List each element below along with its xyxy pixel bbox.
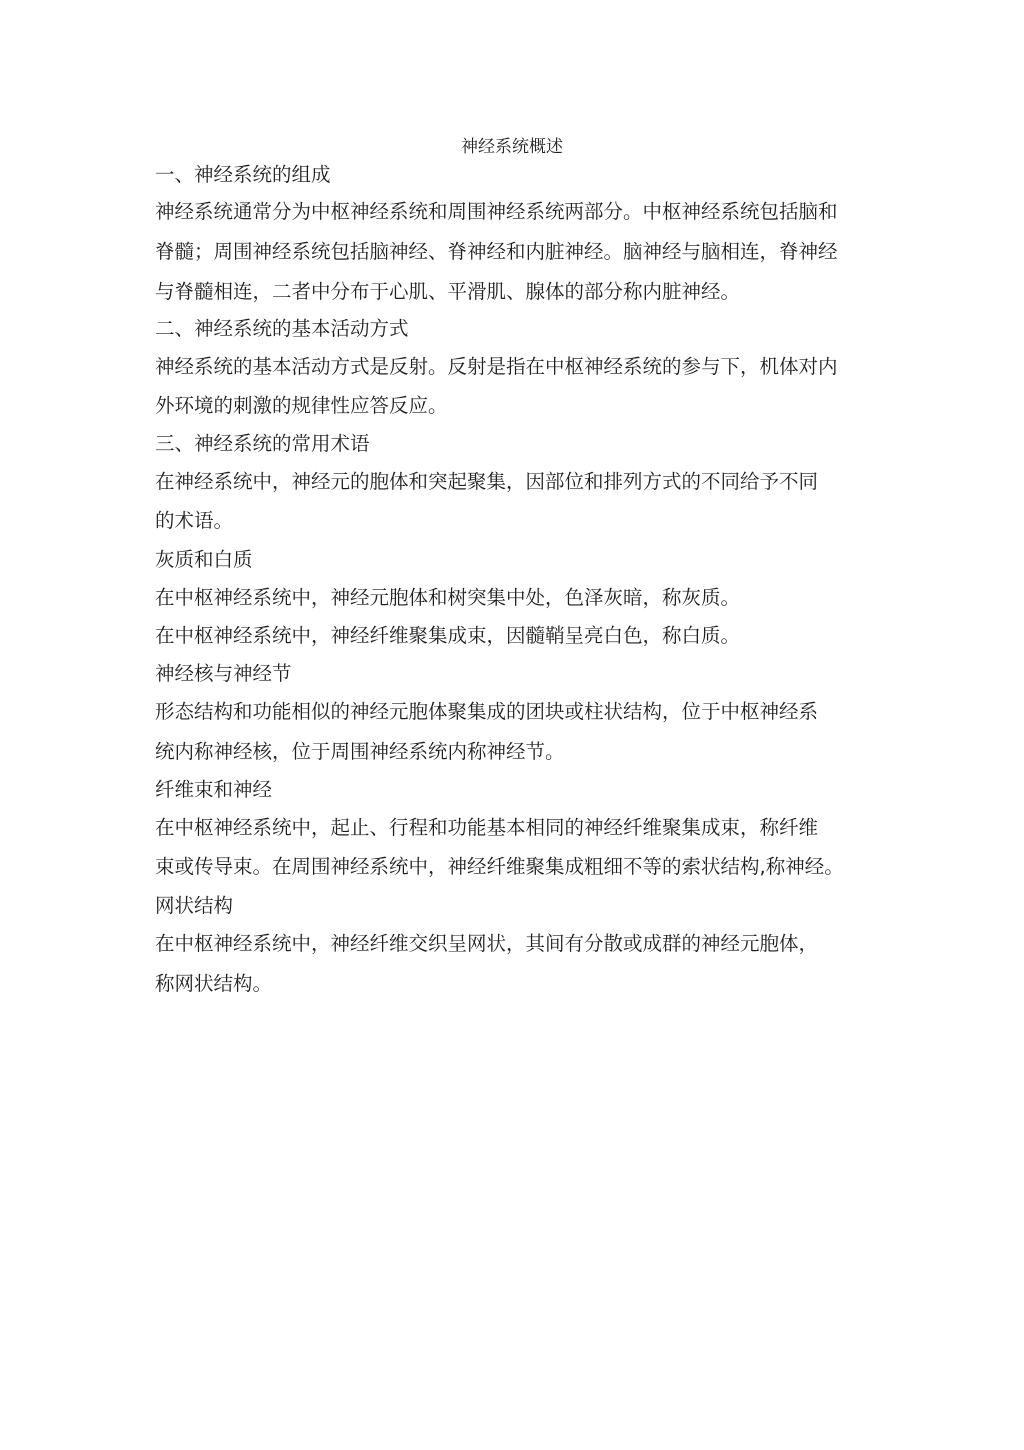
- paragraph-line: 在神经系统中，神经元的胞体和突起聚集，因部位和排列方式的不同给予不同: [155, 470, 875, 494]
- paragraph-line: 统内称神经核，位于周围神经系统内称神经节。: [155, 740, 875, 764]
- document-page: 神经系统概述 一、神经系统的组成 神经系统通常分为中枢神经系统和周围神经系统两部…: [0, 0, 1024, 1450]
- paragraph-line: 神经系统的基本活动方式是反射。反射是指在中枢神经系统的参与下，机体对内: [155, 355, 875, 379]
- subheading-fiber-tract-nerve: 纤维束和神经: [155, 778, 875, 802]
- paragraph-line: 在中枢神经系统中，起止、行程和功能基本相同的神经纤维聚集成束，称纤维: [155, 816, 875, 840]
- section-heading-composition: 一、神经系统的组成: [155, 163, 875, 187]
- document-title: 神经系统概述: [0, 137, 1024, 157]
- subheading-nucleus-ganglion: 神经核与神经节: [155, 662, 875, 686]
- paragraph-line: 外环境的刺激的规律性应答反应。: [155, 394, 875, 418]
- paragraph-line: 的术语。: [155, 509, 875, 533]
- paragraph-line: 脊髓；周围神经系统包括脑神经、脊神经和内脏神经。脑神经与脑相连，脊神经: [155, 240, 875, 264]
- section-heading-terminology: 三、神经系统的常用术语: [155, 432, 875, 456]
- paragraph-line: 束或传导束。在周围神经系统中，神经纤维聚集成粗细不等的索状结构,称神经。: [155, 855, 875, 879]
- subheading-reticular-formation: 网状结构: [155, 894, 875, 918]
- paragraph-line: 形态结构和功能相似的神经元胞体聚集成的团块或柱状结构，位于中枢神经系: [155, 700, 875, 724]
- subheading-gray-white-matter: 灰质和白质: [155, 548, 875, 572]
- paragraph-line: 在中枢神经系统中，神经纤维交织呈网状，其间有分散或成群的神经元胞体，: [155, 932, 875, 956]
- paragraph-line: 称网状结构。: [155, 972, 875, 996]
- paragraph-line: 与脊髓相连，二者中分布于心肌、平滑肌、腺体的部分称内脏神经。: [155, 280, 875, 304]
- paragraph-line: 神经系统通常分为中枢神经系统和周围神经系统两部分。中枢神经系统包括脑和: [155, 200, 875, 224]
- section-heading-basic-activity: 二、神经系统的基本活动方式: [155, 317, 875, 341]
- paragraph-line: 在中枢神经系统中，神经元胞体和树突集中处，色泽灰暗，称灰质。: [155, 586, 875, 610]
- paragraph-line: 在中枢神经系统中，神经纤维聚集成束，因髓鞘呈亮白色，称白质。: [155, 624, 875, 648]
